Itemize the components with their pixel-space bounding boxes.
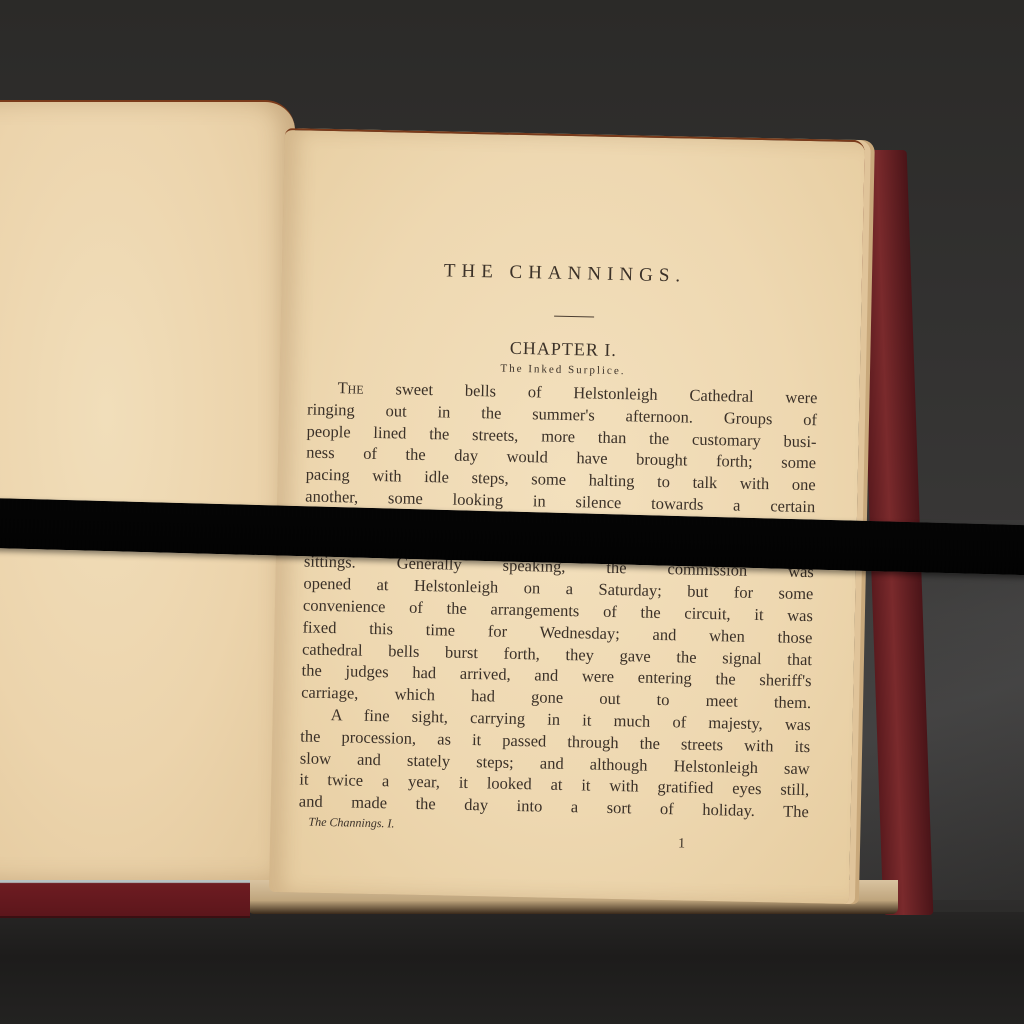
title-divider [554, 316, 594, 318]
drop-word: The [337, 378, 363, 398]
table-surface [0, 912, 1024, 1024]
book-title: THE CHANNINGS. [310, 258, 820, 291]
left-page-blank [0, 100, 295, 880]
page-number: 1 [678, 836, 685, 852]
body-text: The sweet bells of Helstonleigh Cathedra… [299, 377, 818, 824]
signature-mark: The Channings. I. [308, 815, 394, 832]
